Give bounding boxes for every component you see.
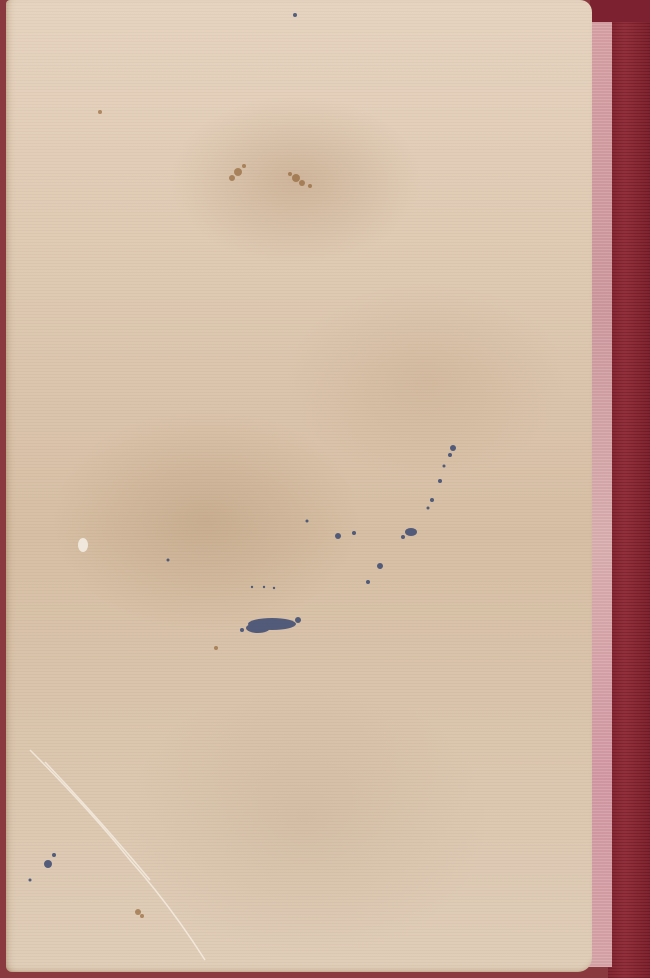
book-back-cover-photo <box>0 0 650 978</box>
ink-spatter <box>29 13 457 882</box>
crease-lines <box>30 750 205 960</box>
stain-marks <box>0 0 650 978</box>
paper-chip <box>78 538 88 552</box>
foxing-spots <box>98 110 312 918</box>
